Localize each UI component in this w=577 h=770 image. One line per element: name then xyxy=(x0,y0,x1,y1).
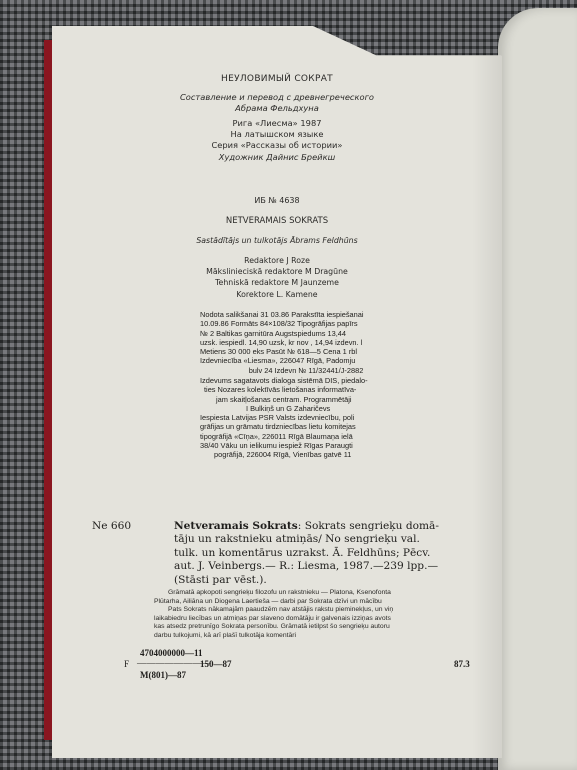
annotation-line: Grāmatā apkopoti sengrieķu filozofu un r… xyxy=(154,589,494,598)
text-line: Izdevniecība «Liesma», 226047 Rīgā, Pado… xyxy=(200,356,398,365)
latvian-compiler: Sastādītājs un tulkotājs Ābrams Feldhūns xyxy=(52,236,502,245)
catalog-line: aut. J. Veinbergs.— R.: Liesma, 1987.—23… xyxy=(174,560,512,573)
text-line: Izdevums sagatavots dialoga sistēmā DIS,… xyxy=(200,376,398,385)
text-line: ties Nozares kolektīvās lietošanas infor… xyxy=(200,385,398,394)
text-line: bulv 24 Izdevn № 11/32441/J-2882 xyxy=(200,366,398,375)
printing-note: Iespiesta Latvijas PSR Valsts izdevniecī… xyxy=(200,413,398,459)
editorial-credits: Redaktore J Roze Mākslinieciskā redaktor… xyxy=(52,255,502,300)
text-line: 10.09.86 Formāts 84×108/32 Tipogrāfijas … xyxy=(200,319,398,328)
classification-prefix: F xyxy=(124,659,129,669)
text-line: Nodota salikšanai 31 03.86 Parakstīta ie… xyxy=(200,310,398,319)
typesetting-note: Izdevums sagatavots dialoga sistēmā DIS,… xyxy=(200,376,398,413)
text-line: pogrāfijā, 226004 Rīgā, Vienības gatvē 1… xyxy=(200,450,398,459)
catalog-number: Ne 660 xyxy=(92,520,131,533)
compiler-name: Абрама Фельдхуна xyxy=(52,103,502,114)
russian-compiler: Составление и перевод с древнегреческого… xyxy=(52,92,502,114)
russian-title: НЕУЛОВИМЫЙ СОКРАТ xyxy=(52,74,502,84)
text-line: tipogrāfijā «Cīņa», 226011 Rīgā Blaumaņa… xyxy=(200,432,398,441)
text-line: jam skaitļošanas centram. Programmētāji xyxy=(200,395,398,404)
text-line: uzsk. iespiedl. 14,90 uzsk, kr nov , 14,… xyxy=(200,338,398,347)
publisher-line: Рига «Лиесма» 1987 xyxy=(52,118,502,129)
bbk-index: 87.3 xyxy=(454,659,470,669)
classification-code: 150—87 xyxy=(200,659,232,669)
russian-publication-info: Рига «Лиесма» 1987 На латышском языке Се… xyxy=(52,118,502,163)
annotation-line: Plūtarha, Ailiāna un Diogena Laertieša —… xyxy=(154,598,494,607)
series-line: Серия «Рассказы об истории» xyxy=(52,140,502,151)
catalog-line: tulk. un komentārus uzrakst. Ā. Feldhūns… xyxy=(174,547,512,560)
text-line: Iespiesta Latvijas PSR Valsts izdevniecī… xyxy=(200,413,398,422)
annotation-line: laikabiedru liecības un atmiņas par slav… xyxy=(154,615,494,624)
language-line: На латышском языке xyxy=(52,129,502,140)
classification-denominator: M(801)—87 xyxy=(140,670,186,680)
annotation-line: kas atsedz pretrunīgo Sokrata personību.… xyxy=(154,623,494,632)
text-line: 38/40 Vāku un ielikumu iespiež Rīgas Par… xyxy=(200,441,398,450)
credit-line: Korektore L. Kamene xyxy=(52,289,502,300)
text-line: № 2 Baltikas garnitūra Augstspiedums 13,… xyxy=(200,329,398,338)
catalog-entry: Netveramais Sokrats: Sokrats sengrieķu d… xyxy=(174,520,512,587)
production-details: Nodota salikšanai 31 03.86 Parakstīta ie… xyxy=(200,310,398,375)
classification-numerator: 4704000000—11 xyxy=(140,648,203,658)
credit-line: Tehniskā redaktore M Jaunzeme xyxy=(52,277,502,288)
classification-fraction-line: — — — — — — — — xyxy=(137,658,210,668)
catalog-line: Netveramais Sokrats: Sokrats sengrieķu d… xyxy=(174,520,512,533)
credit-line: Redaktore J Roze xyxy=(52,255,502,266)
text-line: I Bulkiņš un G Zaharičevs xyxy=(200,404,398,413)
annotation-line: Pats Sokrats nākamajām paaudzēm nav atst… xyxy=(154,606,494,615)
catalog-annotation: Grāmatā apkopoti sengrieķu filozofu un r… xyxy=(154,589,494,641)
imprint-page: НЕУЛОВИМЫЙ СОКРАТ Составление и перевод … xyxy=(52,26,502,758)
annotation-line: darbu tulkojumi, kā arī plašī tulkotāja … xyxy=(154,632,494,641)
catalog-line-text: : Sokrats sengrieķu domā- xyxy=(298,520,439,532)
facing-page xyxy=(498,8,577,770)
catalog-line: (Stāsti par vēst.). xyxy=(174,574,512,587)
compiler-line: Составление и перевод с древнегреческого xyxy=(52,92,502,103)
catalog-title: Netveramais Sokrats xyxy=(174,520,298,532)
artist-line: Художник Дайнис Брейкш xyxy=(52,152,502,163)
latvian-title: NETVERAMAIS SOKRATS xyxy=(52,216,502,226)
catalog-line: tāju un rakstnieku atmiņās/ No sengrieķu… xyxy=(174,533,512,546)
text-line: Metiens 30 000 eks Pasūt № 618—5 Cena 1 … xyxy=(200,347,398,356)
text-line: grāfijas un grāmatu tirdzniecības lietu … xyxy=(200,422,398,431)
ib-number: ИБ № 4638 xyxy=(52,196,502,205)
credit-line: Mākslinieciskā redaktore M Dragūne xyxy=(52,266,502,277)
